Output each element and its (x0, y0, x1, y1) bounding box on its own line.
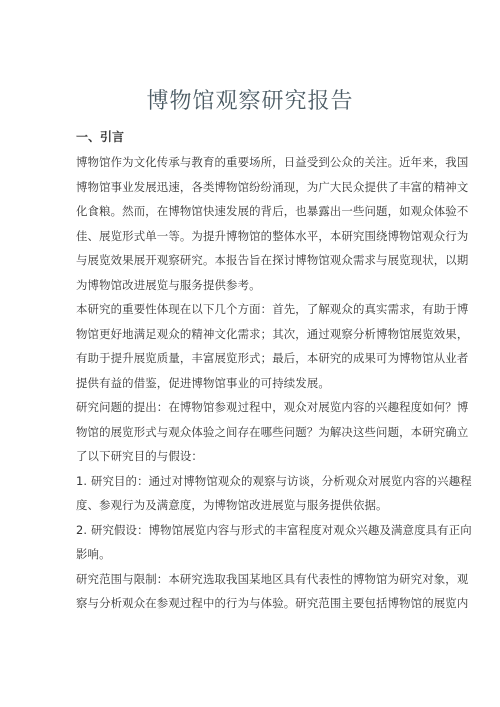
document-title: 博物馆观察研究报告 (0, 84, 500, 115)
text-line: 提供有益的借鉴，促进博物馆事业的可持续发展。 (76, 371, 442, 396)
text-line: 物馆的展览形式与观众体验之间存在哪些问题？为解决这些问题，本研究确立 (76, 420, 442, 445)
text-line: 察与分析观众在参观过程中的行为与体验。研究范围主要包括博物馆的展览内 (76, 591, 442, 616)
text-line: 度、参观行为及满意度，为博物馆改进展览与服务提供依据。 (76, 493, 442, 518)
text-line: 与展览效果展开观察研究。本报告旨在探讨博物馆观众需求与展览现状，以期 (76, 248, 442, 273)
text-line: 研究问题的提出：在博物馆参观过程中，观众对展览内容的兴趣程度如何？博 (76, 395, 442, 420)
text-line: 影响。 (76, 542, 442, 567)
text-line: 博物馆作为文化传承与教育的重要场所，日益受到公众的关注。近年来，我国 (76, 150, 442, 175)
section-heading: 一、引言 (76, 128, 124, 145)
text-line: 研究范围与限制：本研究选取我国某地区具有代表性的博物馆为研究对象，观 (76, 567, 442, 592)
document-page: 博物馆观察研究报告 一、引言 博物馆作为文化传承与教育的重要场所，日益受到公众的… (0, 0, 500, 707)
text-line: 物馆更好地满足观众的精神文化需求；其次，通过观察分析博物馆展览效果， (76, 322, 442, 347)
text-line: 1. 研究目的：通过对博物馆观众的观察与访谈，分析观众对展览内容的兴趣程 (76, 469, 442, 494)
text-line: 2. 研究假设：博物馆展览内容与形式的丰富程度对观众兴趣及满意度具有正向 (76, 518, 442, 543)
text-line: 佳、展览形式单一等。为提升博物馆的整体水平，本研究围绕博物馆观众行为 (76, 224, 442, 249)
text-line: 本研究的重要性体现在以下几个方面：首先，了解观众的真实需求，有助于博 (76, 297, 442, 322)
text-line: 博物馆事业发展迅速，各类博物馆纷纷涌现，为广大民众提供了丰富的精神文 (76, 175, 442, 200)
text-line: 为博物馆改进展览与服务提供参考。 (76, 273, 442, 298)
text-line: 化食粮。然而，在博物馆快速发展的背后，也暴露出一些问题，如观众体验不 (76, 199, 442, 224)
document-body: 博物馆作为文化传承与教育的重要场所，日益受到公众的关注。近年来，我国 博物馆事业… (76, 150, 442, 616)
text-line: 了以下研究目的与假设： (76, 444, 442, 469)
text-line: 有助于提升展览质量，丰富展览形式；最后，本研究的成果可为博物馆从业者 (76, 346, 442, 371)
